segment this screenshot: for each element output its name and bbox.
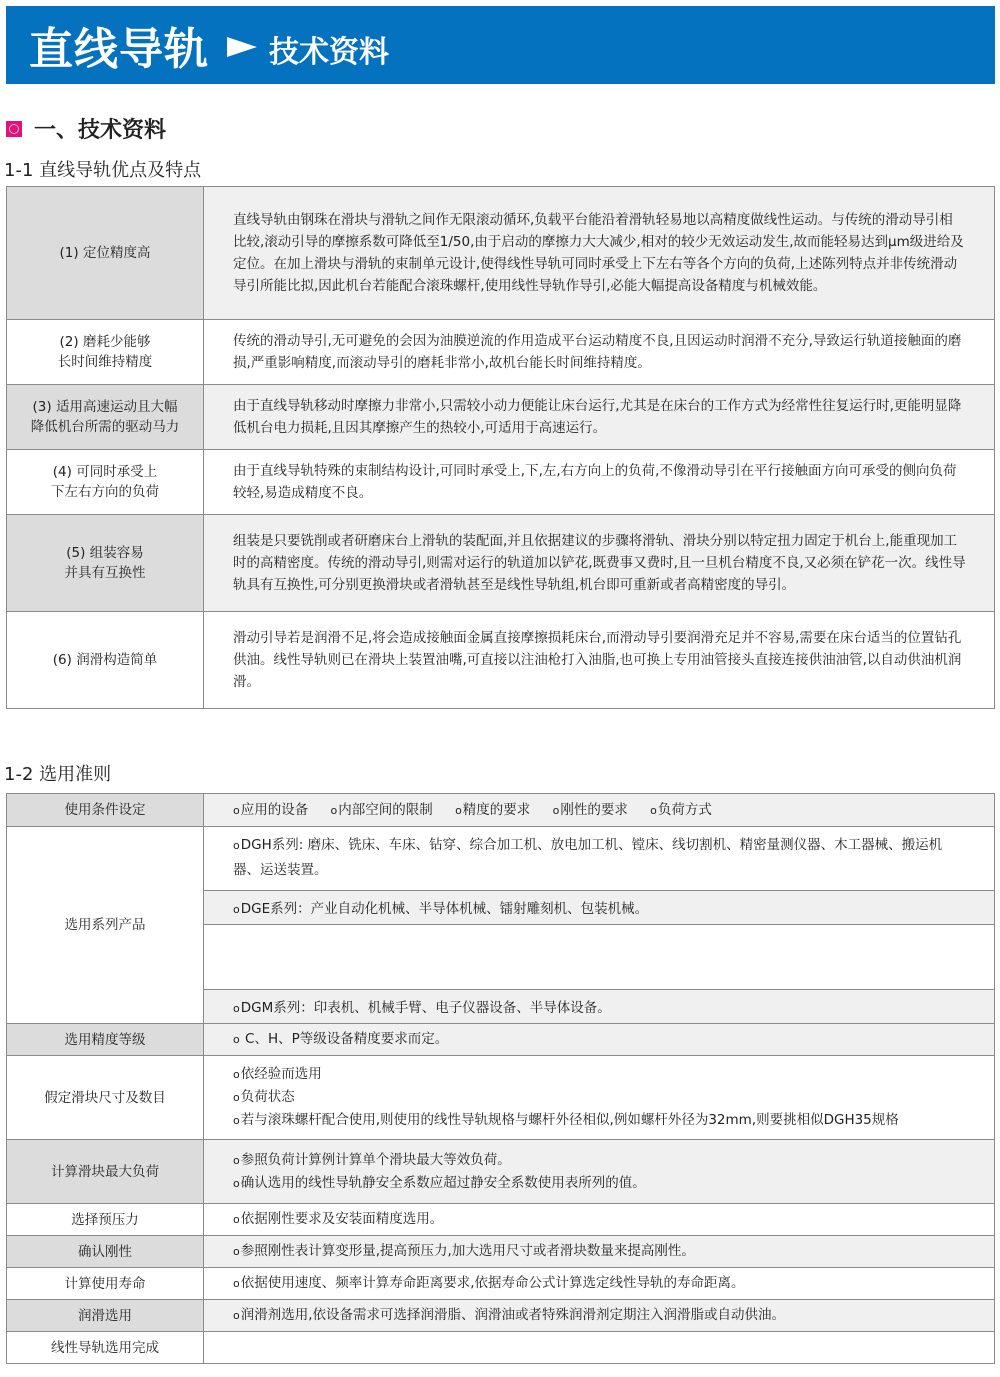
banner-subtitle: 技术资料 — [269, 27, 389, 71]
table-row: 润滑选用 润滑剂选用,依设备需求可选择润滑脂、润滑油或者特殊润滑剂定期注入润滑脂… — [7, 1300, 995, 1332]
table-row: 线性导轨选用完成 — [7, 1332, 995, 1364]
bullet-item: C、H、P等级设备精度要求而定。 — [233, 1031, 448, 1047]
row-label: (5) 组装容易并具有互换性 — [7, 515, 204, 612]
row-text: 直线导轨由钢珠在滑块与滑轨之间作无限滚动循环,负载平台能沿着滑轨轻易地以高精度做… — [204, 187, 995, 320]
table-row: (5) 组装容易并具有互换性 组装是只要铣削或者研磨床台上滑轨的装配面,并且依据… — [7, 515, 995, 612]
row-label: 假定滑块尺寸及数目 — [7, 1056, 204, 1140]
banner-title: 直线导轨 — [29, 13, 209, 77]
table-row: 确认刚性 参照刚性表计算变形量,提高预压力,加大选用尺寸或者滑块数量来提高刚性。 — [7, 1236, 995, 1268]
row-text: 依经验而选用 负荷状态 若与滚珠螺杆配合使用,则使用的线性导轨规格与螺杆外径相似… — [204, 1056, 995, 1140]
bullet-item: 参照负荷计算例计算单个滑块最大等效负荷。 — [233, 1149, 966, 1172]
row-label: (4) 可同时承受上下左右方向的负荷 — [7, 450, 204, 515]
bullet-item: 刚性的要求 — [553, 802, 628, 818]
table-row: (3) 适用高速运动且大幅降低机台所需的驱动马力 由于直线导轨移动时摩擦力非常小… — [7, 385, 995, 450]
bullet-item: 若与滚珠螺杆配合使用,则使用的线性导轨规格与螺杆外径相似,例如螺杆外径为32mm… — [233, 1109, 966, 1132]
page-banner: 直线导轨 技术资料 — [6, 6, 995, 84]
bullet-item: 确认选用的线性导轨静安全系数应超过静安全系数使用表所列的值。 — [233, 1172, 966, 1195]
bullet-item: 精度的要求 — [455, 802, 530, 818]
row-text: 润滑剂选用,依设备需求可选择润滑脂、润滑油或者特殊润滑剂定期注入润滑脂或自动供油… — [204, 1300, 995, 1332]
subsection-heading-selection: 1-2 选用准则 — [4, 760, 111, 786]
row-label-line: (2) 磨耗少能够 — [7, 332, 203, 352]
table-row: 假定滑块尺寸及数目 依经验而选用 负荷状态 若与滚珠螺杆配合使用,则使用的线性导… — [7, 1056, 995, 1140]
bullet-item: 应用的设备 — [233, 802, 308, 818]
row-label-line: (5) 组装容易 — [7, 543, 203, 563]
row-label-line: 并具有互换性 — [7, 563, 203, 583]
bullet-item: DGE系列：产业自动化机械、半导体机械、镭射雕刻机、包装机械。 — [233, 901, 648, 917]
pink-square-bullet-icon — [6, 121, 22, 137]
row-label: 使用条件设定 — [7, 794, 204, 827]
row-label-line: (3) 适用高速运动且大幅 — [7, 397, 203, 417]
table-row: 计算滑块最大负荷 参照负荷计算例计算单个滑块最大等效负荷。 确认选用的线性导轨静… — [7, 1140, 995, 1204]
row-label-line: (4) 可同时承受上 — [7, 462, 203, 482]
row-label-line: 下左右方向的负荷 — [7, 482, 203, 502]
series-row-empty — [204, 925, 994, 990]
bullet-item: DGH系列: 磨床、铣床、车床、钻穿、综合加工机、放电加工机、镗床、线切割机、精… — [233, 837, 942, 878]
row-text: 由于直线导轨特殊的束制结构设计,可同时承受上,下,左,右方向上的负荷,不像滑动导… — [204, 450, 995, 515]
row-label: (1) 定位精度高 — [7, 187, 204, 320]
table-row: (2) 磨耗少能够长时间维持精度 传统的滑动导引,无可避免的会因为油膜逆流的作用… — [7, 320, 995, 385]
row-text: 传统的滑动导引,无可避免的会因为油膜逆流的作用造成平台运动精度不良,且因运动时润… — [204, 320, 995, 385]
row-label-line: (6) 润滑构造简单 — [7, 650, 203, 670]
selection-table: 使用条件设定 应用的设备 内部空间的限制 精度的要求 刚性的要求 负荷方式 选用… — [6, 793, 995, 1364]
table-row: 计算使用寿命 依据使用速度、频率计算寿命距离要求,依据寿命公式计算选定线性导轨的… — [7, 1268, 995, 1300]
row-text: 滑动引导若是润滑不足,将会造成接触面金属直接摩擦损耗床台,而滑动导引要润滑充足并… — [204, 612, 995, 709]
row-label: 确认刚性 — [7, 1236, 204, 1268]
row-label-line: (1) 定位精度高 — [7, 243, 203, 263]
bullet-item: 参照刚性表计算变形量,提高预压力,加大选用尺寸或者滑块数量来提高刚性。 — [233, 1243, 695, 1259]
table-row: 选用精度等级 C、H、P等级设备精度要求而定。 — [7, 1024, 995, 1056]
bullet-item: 润滑剂选用,依设备需求可选择润滑脂、润滑油或者特殊润滑剂定期注入润滑脂或自动供油… — [233, 1307, 785, 1323]
row-text: 应用的设备 内部空间的限制 精度的要求 刚性的要求 负荷方式 — [204, 794, 995, 827]
row-text: 依据使用速度、频率计算寿命距离要求,依据寿命公式计算选定线性导轨的寿命距离。 — [204, 1268, 995, 1300]
section-heading: 一、技术资料 — [6, 113, 166, 144]
row-text: C、H、P等级设备精度要求而定。 — [204, 1024, 995, 1056]
advantages-table: (1) 定位精度高 直线导轨由钢珠在滑块与滑轨之间作无限滚动循环,负载平台能沿着… — [6, 186, 995, 709]
row-label: 计算使用寿命 — [7, 1268, 204, 1300]
bullet-item: 内部空间的限制 — [331, 802, 433, 818]
series-row: DGE系列：产业自动化机械、半导体机械、镭射雕刻机、包装机械。 — [204, 891, 994, 925]
bullet-item: 负荷方式 — [650, 802, 712, 818]
row-label-line: 长时间维持精度 — [7, 352, 203, 372]
table-row: 选用系列产品 DGH系列: 磨床、铣床、车床、钻穿、综合加工机、放电加工机、镗床… — [7, 827, 995, 1024]
series-row: DGM系列：印表机、机械手臂、电子仪器设备、半导体设备。 — [204, 990, 994, 1023]
series-cell: DGH系列: 磨床、铣床、车床、钻穿、综合加工机、放电加工机、镗床、线切割机、精… — [204, 827, 995, 1024]
table-row: 选择预压力 依据刚性要求及安装面精度选用。 — [7, 1204, 995, 1236]
bullet-item: 依据使用速度、频率计算寿命距离要求,依据寿命公式计算选定线性导轨的寿命距离。 — [233, 1275, 745, 1291]
bullet-item: DGM系列：印表机、机械手臂、电子仪器设备、半导体设备。 — [233, 1000, 611, 1016]
bullet-item: 依经验而选用 — [233, 1063, 966, 1086]
table-row: 使用条件设定 应用的设备 内部空间的限制 精度的要求 刚性的要求 负荷方式 — [7, 794, 995, 827]
row-label: (3) 适用高速运动且大幅降低机台所需的驱动马力 — [7, 385, 204, 450]
bullet-item: 依据刚性要求及安装面精度选用。 — [233, 1211, 443, 1227]
row-text: 由于直线导轨移动时摩擦力非常小,只需较小动力便能让床台运行,尤其是在床台的工作方… — [204, 385, 995, 450]
row-text: 参照负荷计算例计算单个滑块最大等效负荷。 确认选用的线性导轨静安全系数应超过静安… — [204, 1140, 995, 1204]
row-label: 线性导轨选用完成 — [7, 1332, 204, 1364]
row-label: 选用精度等级 — [7, 1024, 204, 1056]
row-label: 润滑选用 — [7, 1300, 204, 1332]
row-text: 依据刚性要求及安装面精度选用。 — [204, 1204, 995, 1236]
table-row: (4) 可同时承受上下左右方向的负荷 由于直线导轨特殊的束制结构设计,可同时承受… — [7, 450, 995, 515]
row-text: 组装是只要铣削或者研磨床台上滑轨的装配面,并且依据建议的步骤将滑轨、滑块分别以特… — [204, 515, 995, 612]
table-row: (1) 定位精度高 直线导轨由钢珠在滑块与滑轨之间作无限滚动循环,负载平台能沿着… — [7, 187, 995, 320]
row-label-line: 降低机台所需的驱动马力 — [7, 417, 203, 437]
section-title: 一、技术资料 — [34, 113, 166, 144]
row-text: 参照刚性表计算变形量,提高预压力,加大选用尺寸或者滑块数量来提高刚性。 — [204, 1236, 995, 1268]
row-label: (6) 润滑构造简单 — [7, 612, 204, 709]
row-label: 选择预压力 — [7, 1204, 204, 1236]
subsection-heading-advantages: 1-1 直线导轨优点及特点 — [4, 156, 201, 182]
series-row: DGH系列: 磨床、铣床、车床、钻穿、综合加工机、放电加工机、镗床、线切割机、精… — [204, 827, 994, 891]
row-label: 选用系列产品 — [7, 827, 204, 1024]
bullet-item: 负荷状态 — [233, 1086, 966, 1109]
right-arrow-icon — [227, 37, 257, 57]
row-label: 计算滑块最大负荷 — [7, 1140, 204, 1204]
table-row: (6) 润滑构造简单 滑动引导若是润滑不足,将会造成接触面金属直接摩擦损耗床台,… — [7, 612, 995, 709]
row-label: (2) 磨耗少能够长时间维持精度 — [7, 320, 204, 385]
row-text-empty — [204, 1332, 995, 1364]
